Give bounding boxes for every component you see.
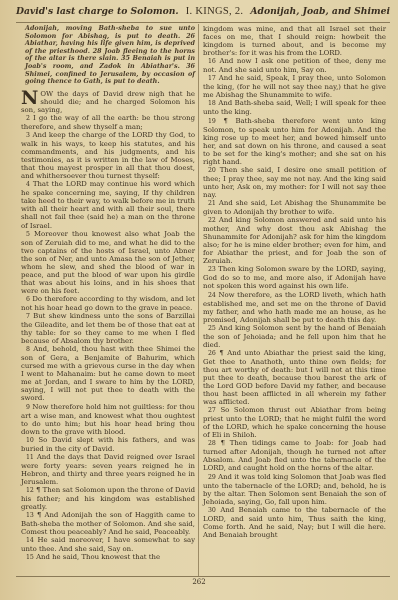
verse-number: 16 (208, 58, 216, 65)
verse-number: 23 (208, 266, 216, 273)
verse: 4 That the LORD may continue his word wh… (21, 180, 195, 229)
verse-number: 2 (26, 115, 30, 122)
verse-text: And, behold, thou hast with thee Shimei … (21, 345, 195, 402)
verse-number: 24 (208, 292, 216, 299)
verse: 20 Then she said, I desire one small pet… (203, 166, 386, 199)
verse-number: 19 (208, 118, 216, 125)
verse-number: 9 (26, 404, 30, 411)
verse-text: And he said, Speak, I pray thee, unto So… (203, 74, 386, 99)
right-column: kingdom was mine, and that all Israel se… (203, 25, 386, 539)
book-chapter: I. KINGS, 2. (186, 6, 244, 17)
verse: 5 Moreover thou knowest also what Joab t… (21, 230, 195, 295)
verse: 26 ¶ And unto Abiathar the priest said t… (203, 349, 386, 406)
verse-text: He said moreover, I have somewhat to say… (21, 536, 195, 553)
scripture-page: David's last charge to Solomon. I. KINGS… (0, 0, 398, 600)
verse-text: And it was told king Solomon that Joab w… (203, 473, 386, 506)
verse: 11 And the days that David reigned over … (21, 453, 195, 486)
verse-number: 30 (208, 507, 216, 514)
verse-number: 11 (26, 454, 34, 461)
verse: 13 ¶ And Adonijah the son of Haggith cam… (21, 511, 195, 536)
verse-text: And he said, Thou knowest that the (36, 553, 160, 561)
verse-number: 14 (26, 537, 34, 544)
running-header: David's last charge to Solomon. I. KINGS… (16, 6, 390, 22)
verse: 19 ¶ Bath-sheba therefore went unto king… (203, 117, 386, 166)
drop-cap: N (21, 91, 38, 106)
verse-number: 25 (208, 325, 216, 332)
verse-text: And king Solomon sent by the hand of Ben… (203, 324, 386, 349)
verse: 29 And it was told king Solomon that Joa… (203, 473, 386, 506)
verse-number: 5 (26, 231, 30, 238)
verse: 24 Now therefore, as the LORD liveth, wh… (203, 291, 386, 324)
left-running-title: David's last charge to Solomon. (16, 6, 179, 17)
verse-text: And Benaiah came to the tabernacle of th… (203, 506, 386, 539)
verse: 22 And king Solomon answered and said un… (203, 216, 386, 265)
verse-text: And king Solomon answered and said unto … (203, 216, 386, 265)
verse-text: But shew kindness unto the sons of Barzi… (21, 312, 195, 345)
left-verse-list: 2 I go the way of all the earth: be thou… (21, 114, 195, 563)
chapter-summary: Adonijah, moving Bath-sheba to sue unto … (21, 25, 195, 86)
verse: 18 And Bath-sheba said, Well; I will spe… (203, 99, 386, 116)
verse-number: 18 (208, 100, 216, 107)
verse-number: 7 (26, 313, 30, 320)
verse-number: 26 (208, 350, 216, 357)
verse-number: 13 (26, 512, 34, 519)
page-number: 262 (0, 578, 398, 586)
verse-number: 21 (208, 200, 216, 207)
verse-number: 17 (208, 75, 216, 82)
verse: 28 ¶ Then tidings came to Joab: for Joab… (203, 439, 386, 472)
verse-text: ¶ Then tidings came to Joab: for Joab ha… (203, 439, 386, 472)
verse-text: Do therefore according to thy wisdom, an… (21, 295, 195, 312)
verse: 12 ¶ Then sat Solomon upon the throne of… (21, 486, 195, 511)
verse-number: 29 (208, 474, 216, 481)
verse-text: Moreover thou knowest also what Joab the… (21, 230, 195, 295)
verse-text: And keep the charge of the LORD thy God,… (21, 131, 195, 180)
verse: 21 And she said, Let Abishag the Shunamm… (203, 199, 386, 216)
verse-continuation: kingdom was mine, and that all Israel se… (203, 25, 386, 57)
verse-text: Then she said, I desire one small petiti… (203, 166, 386, 199)
opening-text: OW the days of David drew nigh that he s… (21, 90, 195, 114)
verse: 30 And Benaiah came to the tabernacle of… (203, 506, 386, 539)
verse-number: 20 (208, 167, 216, 174)
verse-text: Then king Solomon sware by the LORD, say… (203, 265, 386, 290)
verse-text: And now I ask one petition of thee, deny… (203, 57, 386, 74)
verse: 17 And he said, Speak, I pray thee, unto… (203, 74, 386, 99)
verse-text: Now therefore, as the LORD liveth, which… (203, 291, 386, 324)
verse-text: And Bath-sheba said, Well; I will speak … (203, 99, 386, 116)
verse-text: ¶ Bath-sheba therefore went unto king So… (203, 117, 386, 166)
left-column: Adonijah, moving Bath-sheba to sue unto … (21, 25, 195, 562)
verse: 27 So Solomon thrust out Abiathar from b… (203, 406, 386, 439)
column-divider (198, 24, 199, 576)
verse-number: 10 (26, 437, 34, 444)
verse-number: 27 (208, 407, 216, 414)
verse-text: And the days that David reigned over Isr… (21, 453, 195, 486)
verse-text: So David slept with his fathers, and was… (21, 436, 195, 453)
verse: 14 He said moreover, I have somewhat to … (21, 536, 195, 553)
verse-number: 8 (26, 346, 30, 353)
verse: 9 Now therefore hold him not guiltless: … (21, 403, 195, 436)
verse: 8 And, behold, thou hast with thee Shime… (21, 345, 195, 402)
verse-text: Now therefore hold him not guiltless: fo… (21, 403, 195, 436)
verse-number: 3 (26, 132, 30, 139)
verse-number: 15 (26, 554, 34, 561)
verse-text: I go the way of all the earth: be thou s… (21, 114, 195, 131)
verse-number: 28 (208, 440, 216, 447)
verse: 6 Do therefore according to thy wisdom, … (21, 295, 195, 312)
verse-number: 4 (26, 181, 30, 188)
verse-text: That the LORD may continue his word whic… (21, 180, 195, 229)
verse: 25 And king Solomon sent by the hand of … (203, 324, 386, 349)
verse: 2 I go the way of all the earth: be thou… (21, 114, 195, 131)
verse: 7 But shew kindness unto the sons of Bar… (21, 312, 195, 345)
footer-rule (16, 576, 390, 577)
verse: 15 And he said, Thou knowest that the (21, 553, 195, 562)
verse-text: So Solomon thrust out Abiathar from bein… (203, 406, 386, 439)
verse-text: ¶ Then sat Solomon upon the throne of Da… (21, 486, 195, 511)
right-verse-list: 16 And now I ask one petition of thee, d… (203, 57, 386, 539)
verse: 3 And keep the charge of the LORD thy Go… (21, 131, 195, 180)
verse-number: 12 (26, 487, 34, 494)
right-running-title: Adonijah, Joab, and Shimei (250, 6, 390, 17)
verse-text: ¶ And Adonijah the son of Haggith came t… (21, 511, 195, 536)
verse-text: And she said, Let Abishag the Shunammite… (203, 199, 386, 216)
verse: 23 Then king Solomon sware by the LORD, … (203, 265, 386, 290)
verse-number: 6 (26, 296, 30, 303)
header-rule (16, 22, 390, 23)
verse-text: ¶ And unto Abiathar the priest said the … (203, 349, 386, 406)
verse: 16 And now I ask one petition of thee, d… (203, 57, 386, 74)
verse: 10 So David slept with his fathers, and … (21, 436, 195, 453)
verse-number: 22 (208, 217, 216, 224)
opening-verse: NOW the days of David drew nigh that he … (21, 90, 195, 114)
